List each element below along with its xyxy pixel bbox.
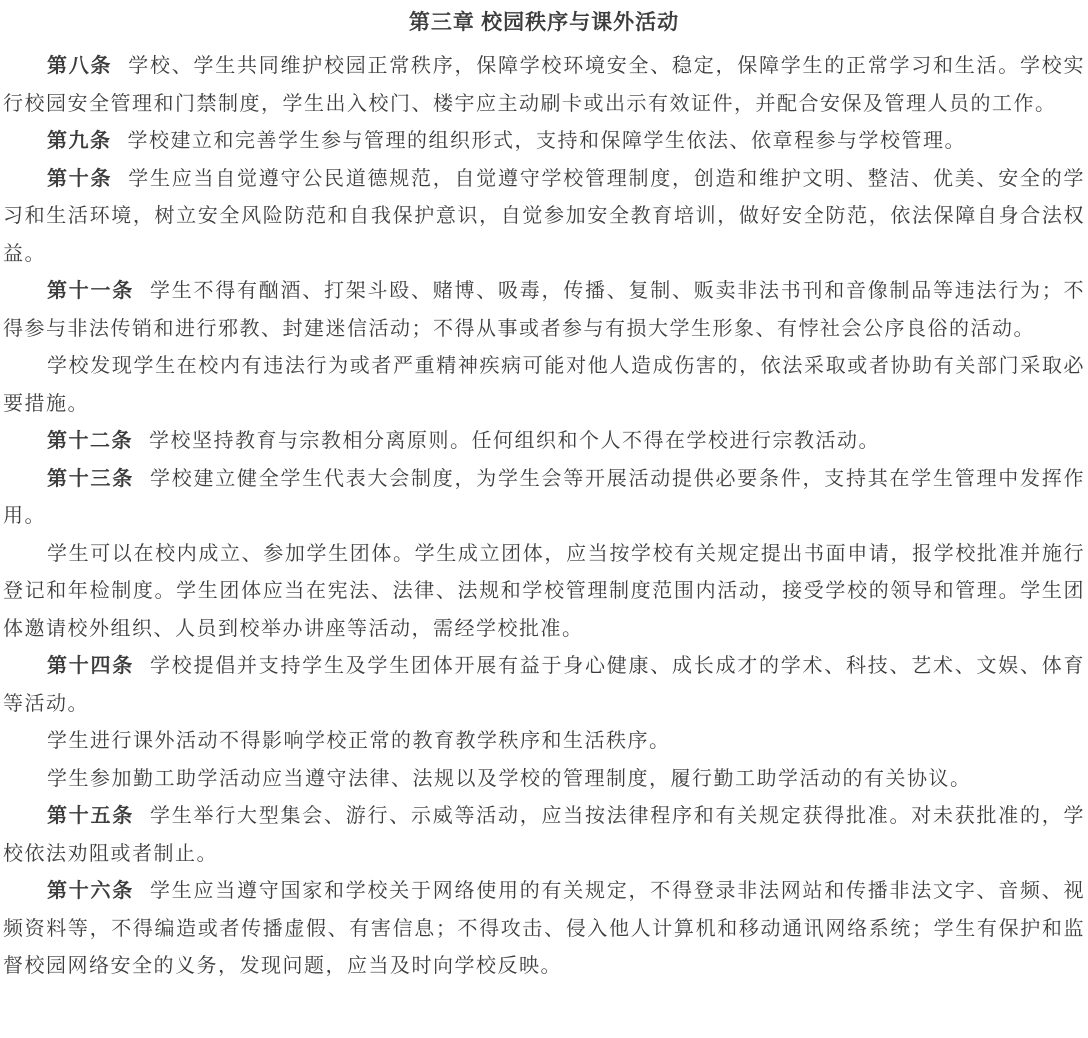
paragraph-text: 学校建立和完善学生参与管理的组织形式，支持和保障学生依法、依章程参与学校管理。	[128, 130, 967, 152]
article-paragraph: 第十条学生应当自觉遵守公民道德规范，自觉遵守学校管理制度，创造和维护文明、整洁、…	[3, 161, 1085, 274]
paragraph-text: 学校坚持教育与宗教相分离原则。任何组织和个人不得在学校进行宗教活动。	[149, 430, 880, 452]
paragraph-text: 学校、学生共同维护校园正常秩序，保障学校环境安全、稳定，保障学生的正常学习和生活…	[3, 55, 1085, 115]
article-number-label: 第十四条	[47, 655, 134, 677]
article-number-label: 第十三条	[47, 468, 134, 490]
paragraph-text: 学生不得有酗酒、打架斗殴、赌博、吸毒，传播、复制、贩卖非法书刊和音像制品等违法行…	[3, 280, 1085, 340]
paragraph-text: 学校发现学生在校内有违法行为或者严重精神疾病可能对他人造成伤害的，依法采取或者协…	[3, 355, 1085, 415]
paragraph-text: 学校建立健全学生代表大会制度，为学生会等开展活动提供必要条件，支持其在学生管理中…	[3, 468, 1085, 528]
paragraph-text: 学生举行大型集会、游行、示威等活动，应当按法律程序和有关规定获得批准。对未获批准…	[3, 805, 1085, 865]
article-paragraph: 第十三条学校建立健全学生代表大会制度，为学生会等开展活动提供必要条件，支持其在学…	[3, 461, 1085, 536]
article-paragraph: 第十六条学生应当遵守国家和学校关于网络使用的有关规定，不得登录非法网站和传播非法…	[3, 873, 1085, 986]
article-paragraph: 第十二条学校坚持教育与宗教相分离原则。任何组织和个人不得在学校进行宗教活动。	[3, 423, 1085, 461]
article-paragraph: 第八条学校、学生共同维护校园正常秩序，保障学校环境安全、稳定，保障学生的正常学习…	[3, 48, 1085, 123]
paragraph-text: 学生应当遵守国家和学校关于网络使用的有关规定，不得登录非法网站和传播非法文字、音…	[3, 880, 1085, 977]
article-paragraph: 第十四条学校提倡并支持学生及学生团体开展有益于身心健康、成长成才的学术、科技、艺…	[3, 648, 1085, 723]
article-number-label: 第九条	[47, 130, 112, 152]
article-number-label: 第十六条	[47, 880, 134, 902]
body-paragraph: 学生参加勤工助学活动应当遵守法律、法规以及学校的管理制度，履行勤工助学活动的有关…	[3, 761, 1085, 799]
article-paragraph: 第九条学校建立和完善学生参与管理的组织形式，支持和保障学生依法、依章程参与学校管…	[3, 123, 1085, 161]
article-number-label: 第十二条	[47, 430, 133, 452]
article-paragraph: 第十一条学生不得有酗酒、打架斗殴、赌博、吸毒，传播、复制、贩卖非法书刊和音像制品…	[3, 273, 1085, 348]
paragraph-text: 学生可以在校内成立、参加学生团体。学生成立团体，应当按学校有关规定提出书面申请，…	[3, 543, 1085, 640]
article-number-label: 第十一条	[47, 280, 134, 302]
article-paragraph: 第十五条学生举行大型集会、游行、示威等活动，应当按法律程序和有关规定获得批准。对…	[3, 798, 1085, 873]
body-paragraph: 学生可以在校内成立、参加学生团体。学生成立团体，应当按学校有关规定提出书面申请，…	[3, 536, 1085, 649]
body-paragraph: 学校发现学生在校内有违法行为或者严重精神疾病可能对他人造成伤害的，依法采取或者协…	[3, 348, 1085, 423]
paragraph-text: 学生应当自觉遵守公民道德规范，自觉遵守学校管理制度，创造和维护文明、整洁、优美、…	[3, 168, 1085, 265]
article-number-label: 第十条	[47, 168, 112, 190]
document-body: 第八条学校、学生共同维护校园正常秩序，保障学校环境安全、稳定，保障学生的正常学习…	[3, 48, 1085, 986]
document-page: 第三章 校园秩序与课外活动 第八条学校、学生共同维护校园正常秩序，保障学校环境安…	[0, 0, 1088, 1038]
paragraph-text: 学校提倡并支持学生及学生团体开展有益于身心健康、成长成才的学术、科技、艺术、文娱…	[3, 655, 1085, 715]
chapter-title: 第三章 校园秩序与课外活动	[3, 6, 1085, 39]
paragraph-text: 学生进行课外活动不得影响学校正常的教育教学秩序和生活秩序。	[47, 730, 671, 752]
article-number-label: 第八条	[47, 55, 112, 77]
body-paragraph: 学生进行课外活动不得影响学校正常的教育教学秩序和生活秩序。	[3, 723, 1085, 761]
paragraph-text: 学生参加勤工助学活动应当遵守法律、法规以及学校的管理制度，履行勤工助学活动的有关…	[47, 768, 972, 790]
article-number-label: 第十五条	[47, 805, 134, 827]
